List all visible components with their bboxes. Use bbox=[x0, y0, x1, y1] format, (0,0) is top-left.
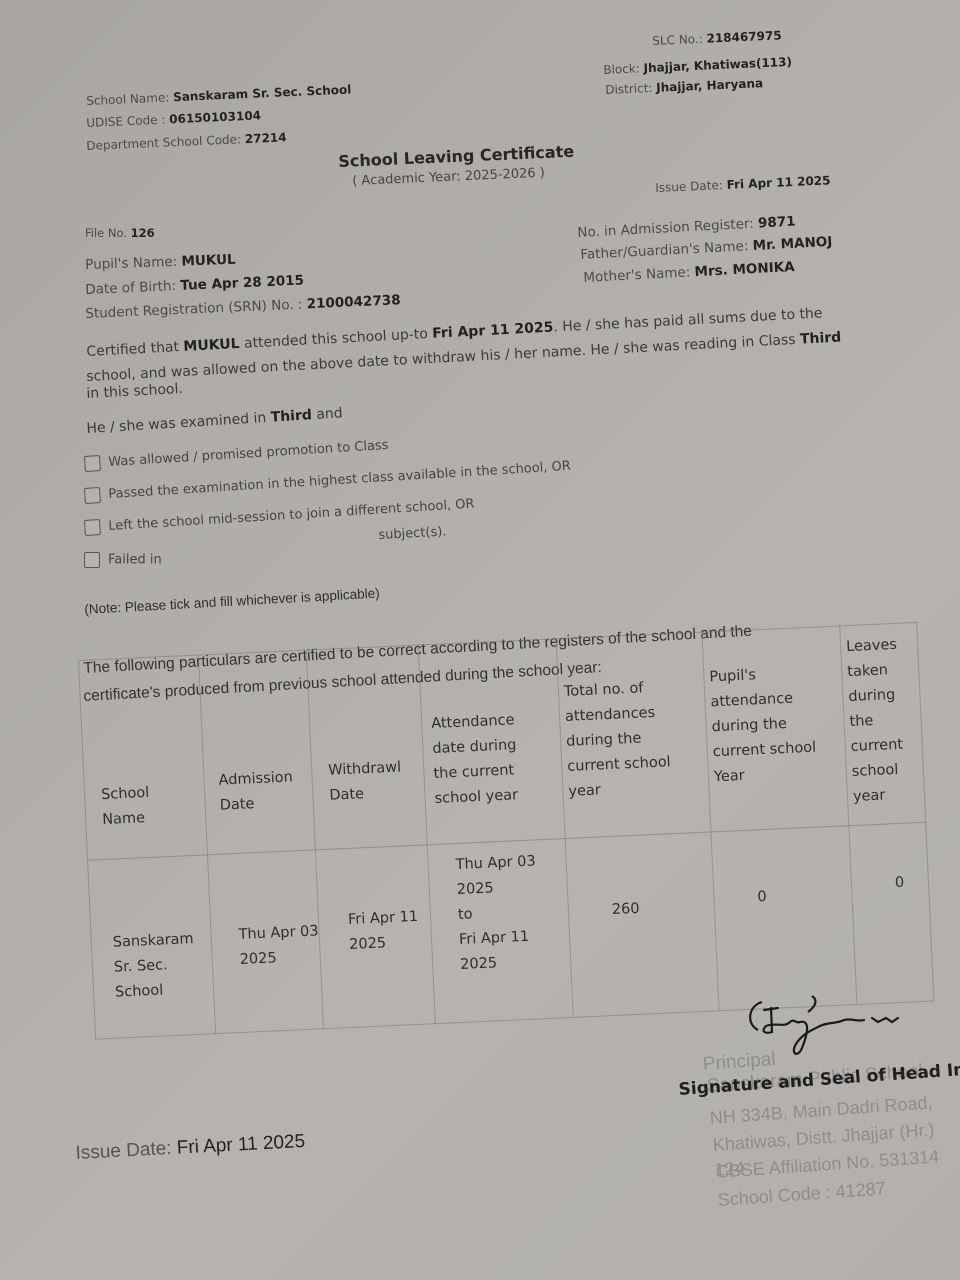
dob-label: Date of Birth: bbox=[85, 278, 176, 298]
cert-text-b: attended this school up-to bbox=[239, 326, 433, 352]
district: District: Jhajjar, Haryana bbox=[605, 76, 763, 97]
slc-number: SLC No.: 218467975 bbox=[652, 28, 782, 48]
file-no-label: File No. bbox=[85, 226, 127, 240]
examined-text-a: He / she was examined in bbox=[86, 410, 271, 437]
header-total-attendances: Total no. of attendances during the curr… bbox=[563, 675, 672, 805]
footer-issue-label: Issue Date: bbox=[75, 1138, 172, 1164]
mother-name: Mother's Name: Mrs. MONIKA bbox=[583, 259, 795, 286]
udise-value: 06150103104 bbox=[169, 108, 261, 126]
passed-highest-checkbox[interactable] bbox=[84, 487, 101, 504]
srn-label: Student Registration (SRN) No. : bbox=[85, 297, 303, 322]
failed-checkbox[interactable] bbox=[84, 552, 100, 568]
left-mid-session-checkbox[interactable] bbox=[84, 519, 101, 536]
admission-register-label: No. in Admission Register: bbox=[577, 216, 754, 241]
pupil-name: Pupil's Name: MUKUL bbox=[85, 252, 236, 273]
mother-label: Mother's Name: bbox=[583, 264, 691, 286]
pupil-name-value: MUKUL bbox=[181, 252, 236, 270]
row-admission-date: Thu Apr 03 2025 bbox=[238, 919, 320, 973]
examined-class: Third bbox=[270, 407, 312, 425]
examined-line: He / she was examined in Third and bbox=[86, 405, 343, 437]
note: (Note: Please tick and fill whichever is… bbox=[84, 585, 380, 616]
srn-value: 2100042738 bbox=[306, 292, 401, 312]
district-value: Jhajjar, Haryana bbox=[656, 76, 763, 95]
option-promotion[interactable]: Was allowed / promised promotion to Clas… bbox=[84, 437, 389, 472]
header-attendance-date: Attendance date during the current schoo… bbox=[431, 708, 520, 812]
row-school-name: Sanskaram Sr. Sec. School bbox=[112, 927, 196, 1006]
row-withdrawl-date: Fri Apr 11 2025 bbox=[348, 905, 420, 958]
school-name-value: Sanskaram Sr. Sec. School bbox=[173, 82, 352, 104]
promotion-label: Was allowed / promised promotion to Clas… bbox=[108, 438, 389, 470]
dob-value: Tue Apr 28 2015 bbox=[180, 272, 304, 293]
father-label: Father/Guardian's Name: bbox=[580, 238, 749, 263]
header-school-name: School Name bbox=[101, 781, 151, 833]
failed-label: Failed in bbox=[108, 553, 162, 568]
row-leaves-taken: 0 bbox=[894, 871, 904, 896]
block-value: Jhajjar, Khatiwas(113) bbox=[643, 55, 792, 75]
row-pupil-attendance: 0 bbox=[757, 885, 767, 910]
promotion-checkbox[interactable] bbox=[84, 455, 101, 472]
issue-date-top-value: Fri Apr 11 2025 bbox=[726, 173, 830, 192]
dept-code-label: Department School Code: bbox=[86, 132, 241, 153]
option-failed[interactable]: Failed in bbox=[84, 552, 162, 568]
cert-date: Fri Apr 11 2025 bbox=[432, 320, 554, 342]
header-withdrawl-date: Withdrawl Date bbox=[328, 755, 403, 808]
subjects-suffix: subject(s). bbox=[378, 524, 447, 543]
file-number: File No. 126 bbox=[85, 226, 155, 240]
block: Block: Jhajjar, Khatiwas(113) bbox=[603, 55, 792, 77]
file-no-value: 126 bbox=[131, 226, 155, 240]
cert-text-c: . He / she has paid all sums due to the bbox=[553, 305, 823, 335]
pupil-name-label: Pupil's Name: bbox=[85, 254, 177, 273]
date-of-birth: Date of Birth: Tue Apr 28 2015 bbox=[85, 272, 304, 298]
row-total-attendances: 260 bbox=[611, 897, 640, 923]
block-label: Block: bbox=[603, 61, 640, 77]
particulars-table: School Name Admission Date Withdrawl Dat… bbox=[78, 622, 934, 1040]
srn: Student Registration (SRN) No. : 2100042… bbox=[85, 292, 401, 322]
dept-school-code: Department School Code: 27214 bbox=[86, 130, 287, 153]
cert-pupil-name: MUKUL bbox=[183, 336, 240, 355]
issue-date-top-label: Issue Date: bbox=[655, 178, 723, 195]
school-name-label: School Name: bbox=[86, 90, 170, 108]
district-label: District: bbox=[605, 81, 653, 97]
footer-issue-value: Fri Apr 11 2025 bbox=[176, 1131, 305, 1159]
udise-code: UDISE Code : 06150103104 bbox=[86, 108, 261, 130]
row-attendance-range: Thu Apr 03 2025 to Fri Apr 11 2025 bbox=[455, 849, 541, 978]
udise-label: UDISE Code : bbox=[86, 113, 166, 130]
examined-text-b: and bbox=[311, 405, 343, 423]
slc-value: 218467975 bbox=[706, 28, 782, 45]
issue-date-footer: Issue Date: Fri Apr 11 2025 bbox=[75, 1131, 306, 1165]
mother-value: Mrs. MONIKA bbox=[694, 259, 795, 280]
slc-label: SLC No.: bbox=[652, 32, 703, 48]
admission-register-value: 9871 bbox=[758, 214, 796, 232]
header-leaves-taken: Leaves taken during the current school y… bbox=[846, 632, 926, 810]
father-value: Mr. MANOJ bbox=[752, 234, 832, 254]
header-pupil-attendance: Pupil's attendance during the current sc… bbox=[709, 661, 818, 791]
issue-date-top: Issue Date: Fri Apr 11 2025 bbox=[655, 173, 831, 195]
cert-text-a: Certified that bbox=[86, 339, 184, 360]
dept-code-value: 27214 bbox=[245, 130, 287, 146]
cert-class: Third bbox=[800, 329, 842, 347]
header-admission-date: Admission Date bbox=[218, 765, 294, 818]
school-name: School Name: Sanskaram Sr. Sec. School bbox=[86, 82, 352, 108]
